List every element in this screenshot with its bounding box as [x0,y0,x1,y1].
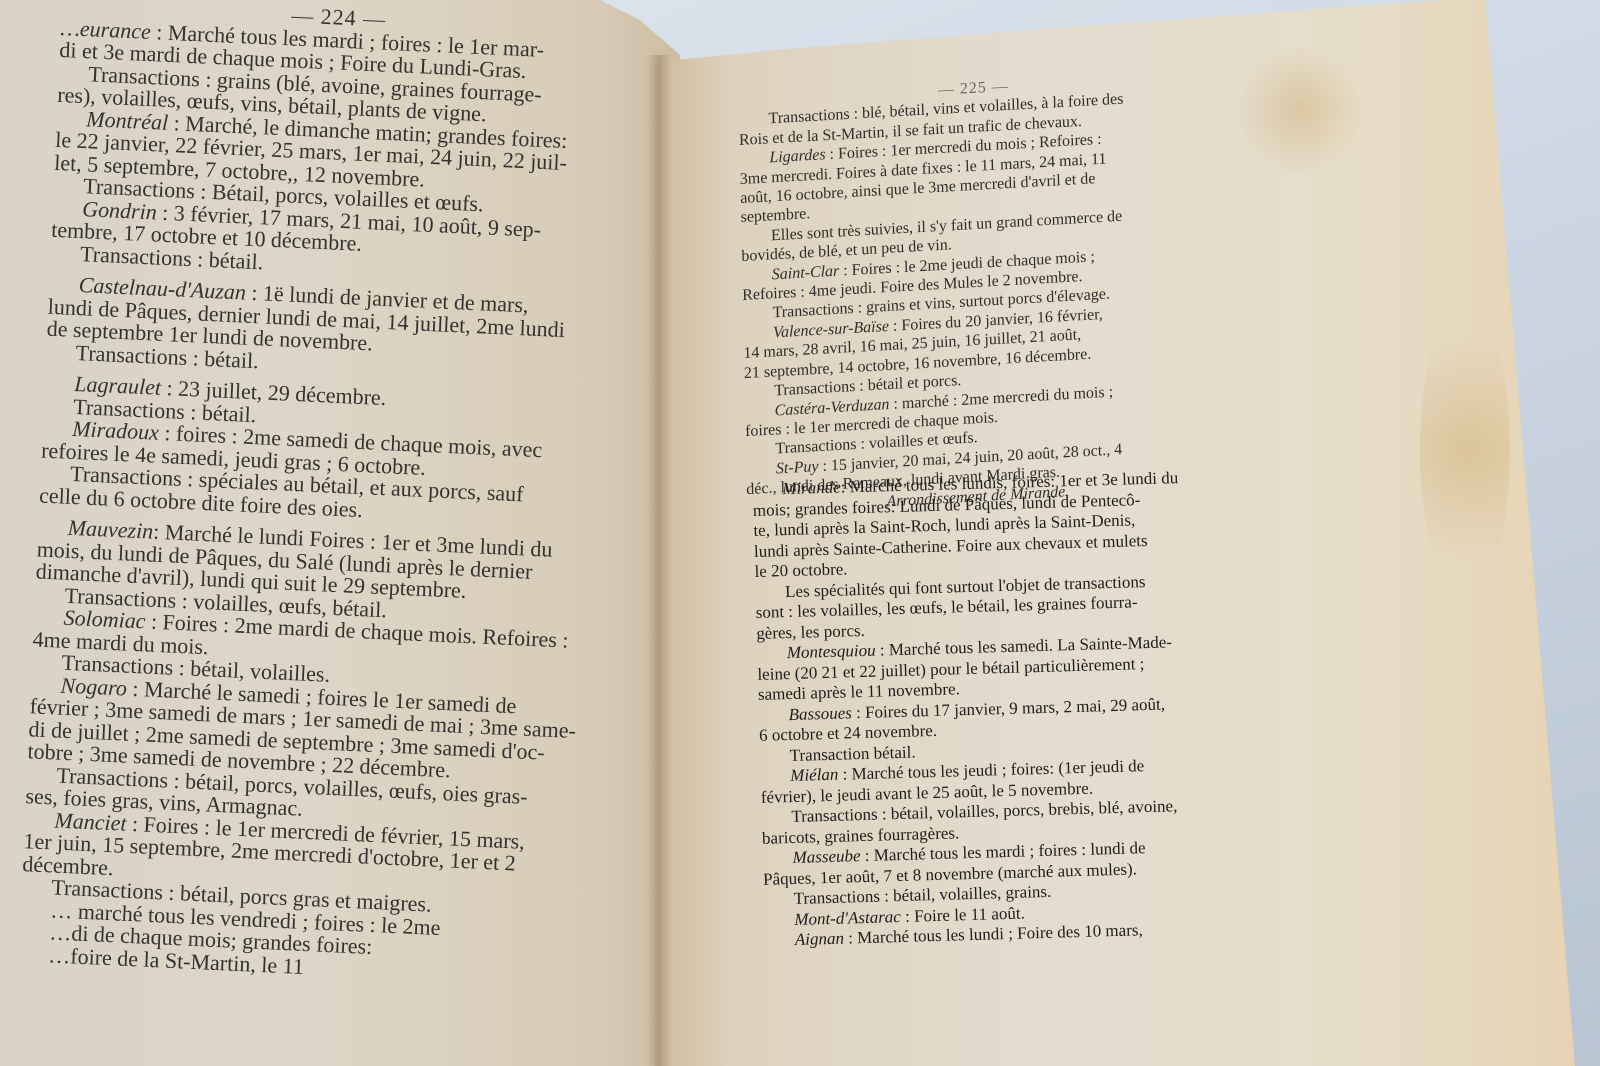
line-text: Transaction bétail. [789,742,915,765]
right-page-lower-lines: Mirande: Marché tous les lundis, foires:… [752,468,1191,951]
left-page-lines: …eurance : Marché tous les mardi ; foire… [18,16,607,989]
town-name: Bassoues [788,703,852,724]
right-page-text-upper: — 225 — Transactions : blé, bétail, vins… [738,70,1132,519]
town-name: Montesquiou [787,641,876,662]
town-name: Miélan [790,765,839,785]
paper-stain [1420,300,1510,600]
line-text: gères, les porcs. [756,620,865,642]
line-text: : Foire le 11 août. [901,903,1025,925]
town-name: Ligardes [769,146,826,166]
left-page-text: — 224 — …eurance : Marché tous les mardi… [18,0,608,990]
town-name: Mont-d'Astarac [794,907,901,929]
town-name: Aignan [795,929,845,949]
right-page-text-lower: Mirande: Marché tous les lundis, foires:… [752,468,1191,951]
town-name: Saint-Clar [772,262,840,283]
line-text: septembre. [740,206,810,227]
paper-stain [1240,40,1360,180]
right-page-lines: Transactions : blé, bétail, vins et vola… [738,90,1131,500]
town-name: St-Puy [776,458,819,477]
town-name: Masseube [792,846,860,867]
town-name: Mirande [782,478,841,499]
line-text: le 20 octobre. [754,559,847,581]
book-gutter [646,55,672,1066]
